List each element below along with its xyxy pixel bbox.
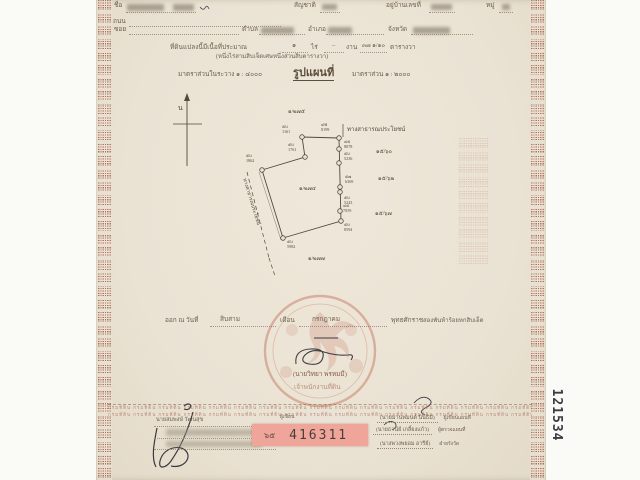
- right-official-name: (นางพวงพยอม อารีย์): [377, 440, 433, 449]
- marker-number: 1862: [246, 158, 254, 163]
- redacted-checker-2: [166, 441, 262, 447]
- right-official-row: (นายธานีย์ เกลี้ยงแก้ว)ผู้ตรวจแผนที่: [373, 426, 465, 435]
- signer-title: เจ้าพนักงานที่ดิน: [294, 385, 341, 392]
- issue-day: สิบสาม: [220, 317, 240, 324]
- deed-serial-box: ๖๕ 416311: [252, 424, 368, 446]
- checker2-underline: [154, 449, 276, 450]
- header-check-mark: [200, 6, 209, 9]
- compass-arrowhead: [184, 93, 190, 101]
- boundary-marker: [300, 135, 305, 140]
- land-officer-signature: [296, 349, 353, 364]
- issue-month-blank: [299, 326, 387, 327]
- right-official-row: (นางพวงพยอม อารีย์)ฝ่ายรังวัด: [377, 440, 459, 449]
- boundary-marker: [281, 236, 286, 241]
- marker-number: 1161: [282, 129, 290, 134]
- issue-month: กรกฎาคม: [312, 317, 340, 324]
- redacted-checker-1: [166, 429, 254, 436]
- boundary-marker: [338, 209, 343, 214]
- right-official-role: ผู้ตรวจแผนที่: [438, 426, 465, 434]
- deed-sheet: ชื่อ สัญชาติ อยู่บ้านเลขที่ หมู่ ถนน ซอย…: [96, 0, 546, 480]
- side-serial-number: 121534: [550, 386, 564, 444]
- scanned-land-deed-page: ชื่อ สัญชาติ อยู่บ้านเลขที่ หมู่ ถนน ซอย…: [0, 0, 640, 480]
- boundary-marker: [260, 168, 265, 173]
- marker-number: 8078: [344, 144, 352, 149]
- right-official-role: ผู้เขียนแผนที่: [444, 414, 471, 422]
- right-official-name: (นายธานีย์ เกลี้ยงแก้ว): [373, 426, 432, 435]
- writer-role: ผู้เขียน: [280, 415, 294, 420]
- issue-year-words: สองพันห้าร้อยหกสิบเอ็ด: [423, 318, 484, 324]
- boundary-marker: [337, 136, 342, 141]
- writer-name: นายสมพงษ์ วัฒนสุข: [156, 418, 203, 424]
- issue-era-label: พุทธศักราช: [391, 318, 423, 325]
- marker-number: 7059: [343, 208, 351, 213]
- boundary-marker: [338, 190, 343, 195]
- issue-month-label: เดือน: [280, 318, 295, 325]
- seal-blob-2: [349, 359, 363, 373]
- road-dashed-line-2: [269, 258, 275, 276]
- right-official-role: ฝ่ายรังวัด: [439, 440, 459, 448]
- serial-prefix: ๖๕: [264, 429, 275, 442]
- right-official-name: (นายมานพมนต์ นินธิมี): [377, 414, 438, 423]
- boundary-marker: [337, 161, 342, 166]
- boundary-marker: [338, 185, 343, 190]
- seal-blob-3: [286, 324, 298, 336]
- boundary-marker: [339, 219, 344, 224]
- marker-number: 8199: [321, 127, 329, 132]
- marker-number: 8594: [344, 227, 353, 232]
- parcel-boundary: [262, 137, 341, 238]
- marker-number: 5236: [344, 156, 352, 161]
- marker-number: 5982: [287, 244, 295, 249]
- right-official-row: (นายมานพมนต์ นินธิมี)ผู้เขียนแผนที่: [377, 414, 471, 423]
- boundary-marker: [303, 155, 308, 160]
- road-dashed-line: [247, 172, 269, 258]
- issue-day-blank: [210, 326, 276, 327]
- seal-blob-1: [280, 366, 292, 378]
- issue-prefix: ออก ณ วันที่: [165, 318, 198, 325]
- road-inner-line: [259, 172, 281, 240]
- marker-number: 1761: [288, 147, 296, 152]
- boundary-marker: [337, 147, 342, 152]
- marker-number: 6369: [345, 179, 353, 184]
- signer-name: (นายวิทยา พรหมมี): [293, 372, 347, 379]
- serial-number: 416311: [289, 428, 348, 443]
